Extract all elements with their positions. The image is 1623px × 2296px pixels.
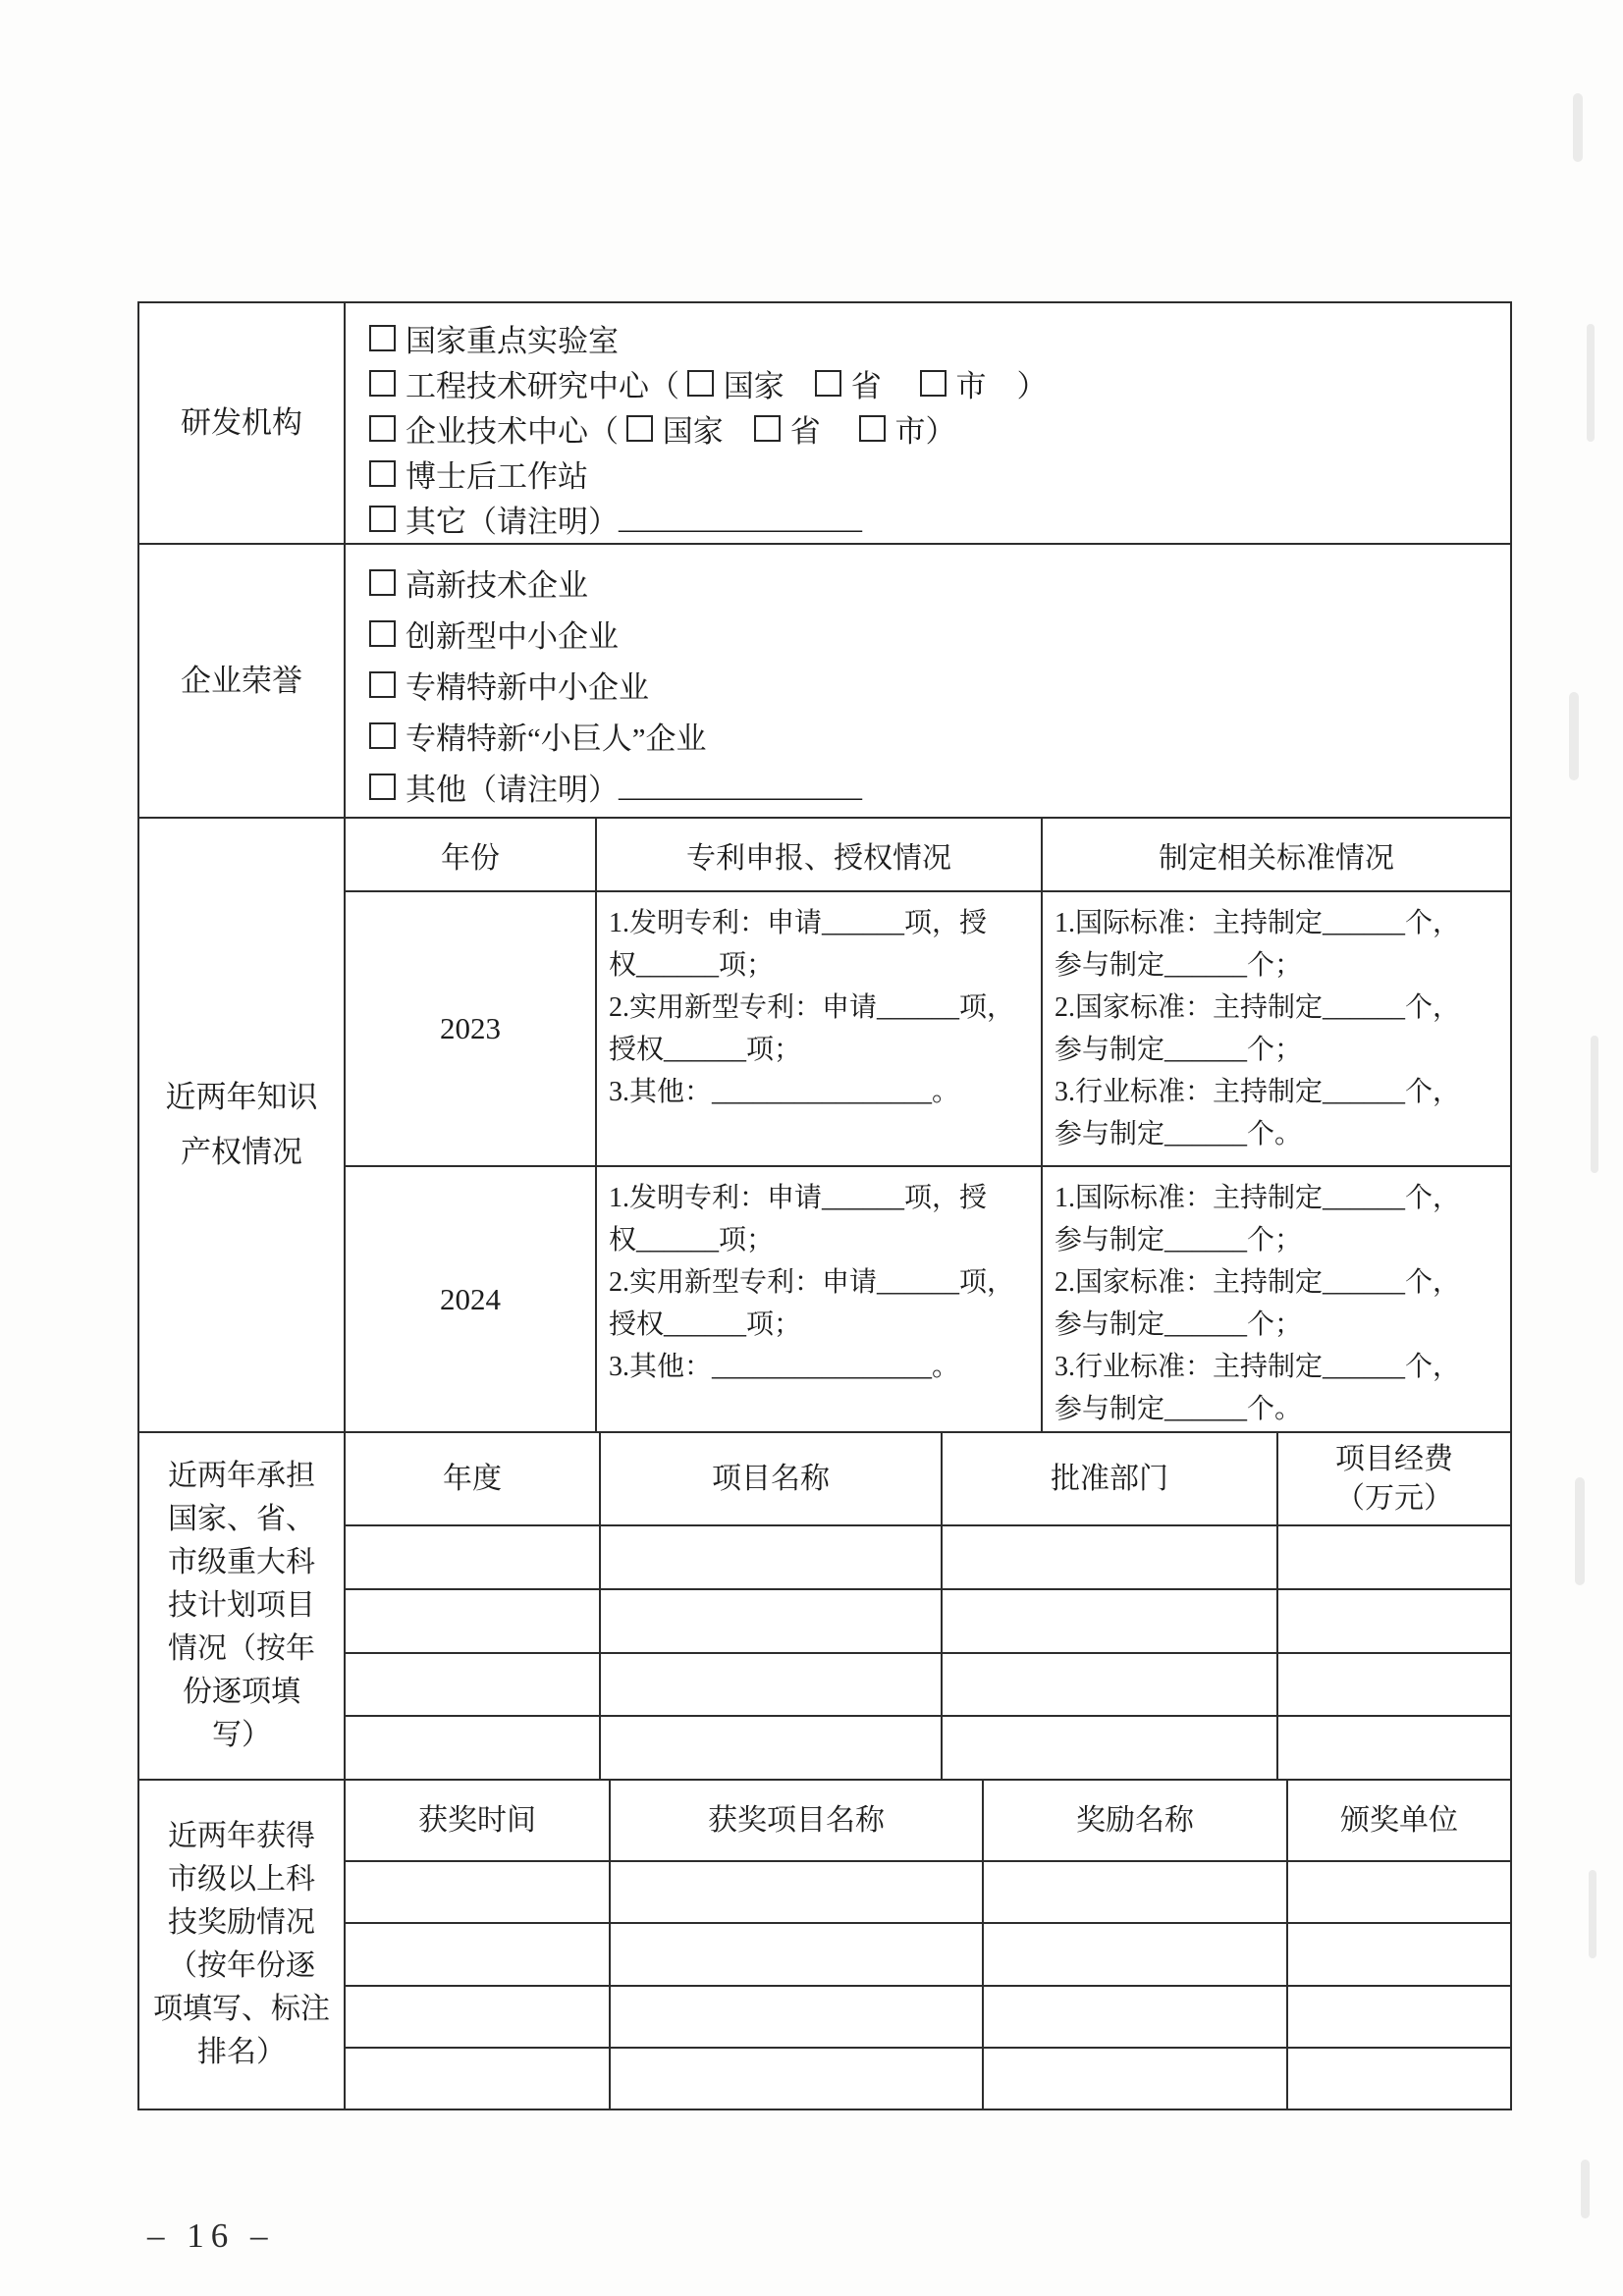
empty-table-cell <box>1278 1717 1510 1779</box>
empty-table-row <box>346 1985 1510 2047</box>
empty-table-cell <box>346 1924 611 1984</box>
awards-table: 获奖时间 获奖项目名称 奖励名称 颁奖单位 <box>346 1781 1510 2109</box>
section-ip-status: 近两年知识 产权情况 年份 专利申报、授权情况 制定相关标准情况 2023 1.… <box>139 817 1510 1431</box>
checkbox-icon <box>369 415 396 442</box>
checkbox-icon <box>369 722 396 749</box>
checkbox-icon <box>369 506 396 532</box>
option-text: 企业技术中心（ <box>406 406 626 451</box>
awards-empty-rows <box>346 1862 1510 2109</box>
checkbox-option: 专精特新“小巨人”企业 <box>369 710 1510 761</box>
projects-header-row: 年度 项目名称 批准部门 项目经费 （万元） <box>346 1433 1510 1526</box>
scan-artifact <box>1589 1870 1596 1958</box>
empty-table-cell <box>943 1717 1278 1779</box>
patent-cell: 1.发明专利：申请______项，授 权______项； 2.实用新型专利：申请… <box>597 1167 1043 1431</box>
scan-artifact <box>1575 1477 1585 1585</box>
checkbox-icon <box>687 370 714 397</box>
standard-blanks-text: 1.国际标准：主持制定______个， 参与制定______个； 2.国家标准：… <box>1043 1167 1510 1430</box>
empty-table-cell <box>943 1654 1278 1716</box>
empty-table-cell <box>611 1987 984 2047</box>
empty-table-cell <box>984 1862 1288 1922</box>
column-header-year: 年份 <box>346 819 597 890</box>
column-header-award-time: 获奖时间 <box>346 1781 611 1860</box>
section-major-projects: 近两年承担 国家、省、 市级重大科 技计划项目 情况（按年 份逐项填 写） 年度… <box>139 1431 1510 1779</box>
column-header-approving-department: 批准部门 <box>943 1433 1278 1524</box>
patent-cell: 1.发明专利：申请______项，授 权______项； 2.实用新型专利：申请… <box>597 892 1043 1165</box>
year-cell: 2024 <box>346 1167 597 1431</box>
empty-table-cell <box>1278 1590 1510 1652</box>
empty-table-cell <box>943 1590 1278 1652</box>
option-text: 市 ） <box>956 361 1048 405</box>
option-text: 专精特新“小巨人”企业 <box>406 714 707 758</box>
row-label-rd-institutions: 研发机构 <box>139 303 346 543</box>
projects-table: 年度 项目名称 批准部门 项目经费 （万元） <box>346 1433 1510 1779</box>
empty-table-cell <box>984 1987 1288 2047</box>
scan-artifact <box>1591 1036 1598 1173</box>
checkbox-option: 创新型中小企业 <box>369 608 1510 659</box>
empty-table-cell <box>1278 1526 1510 1588</box>
page-number: – 16 – <box>147 2216 275 2256</box>
empty-table-row <box>346 1526 1510 1588</box>
empty-table-row <box>346 1862 1510 1922</box>
section-awards: 近两年获得 市级以上科 技奖励情况 （按年份逐 项填写、标注 排名） 获奖时间 … <box>139 1779 1510 2109</box>
option-text: ________________ <box>619 769 862 804</box>
checkbox-option: 博士后工作站 <box>369 451 1510 496</box>
option-text: 市） <box>895 406 956 451</box>
checkbox-option: 工程技术研究中心（ 国家 省 市 ） <box>369 360 1510 405</box>
option-text: 其它（请注明） <box>406 497 619 541</box>
option-text: 省 <box>790 406 859 451</box>
standard-blanks-text: 1.国际标准：主持制定______个， 参与制定______个； 2.国家标准：… <box>1043 892 1510 1155</box>
empty-table-cell <box>1278 1654 1510 1716</box>
empty-table-cell <box>601 1590 943 1652</box>
patent-blanks-text: 1.发明专利：申请______项，授 权______项； 2.实用新型专利：申请… <box>597 1167 1041 1388</box>
column-header-project-funds: 项目经费 （万元） <box>1278 1433 1510 1524</box>
empty-table-cell <box>943 1526 1278 1588</box>
ip-row-2023: 2023 1.发明专利：申请______项，授 权______项； 2.实用新型… <box>346 890 1510 1165</box>
row-label-awards: 近两年获得 市级以上科 技奖励情况 （按年份逐 项填写、标注 排名） <box>139 1781 346 2109</box>
empty-table-cell <box>984 2049 1288 2109</box>
empty-table-cell <box>611 1862 984 1922</box>
checkbox-icon <box>626 415 653 442</box>
empty-table-row <box>346 1715 1510 1779</box>
checkbox-icon <box>369 370 396 397</box>
checkbox-option: 其他（请注明）________________ <box>369 761 1510 812</box>
checkbox-icon <box>369 774 396 800</box>
option-text: ________________ <box>619 501 862 536</box>
checkbox-icon <box>369 671 396 698</box>
empty-table-row <box>346 1588 1510 1652</box>
empty-table-cell <box>346 2049 611 2109</box>
empty-table-cell <box>611 1924 984 1984</box>
empty-table-cell <box>346 1987 611 2047</box>
empty-table-cell <box>601 1717 943 1779</box>
option-text: 国家重点实验室 <box>406 316 619 360</box>
column-header-award-name: 奖励名称 <box>984 1781 1288 1860</box>
ip-row-2024: 2024 1.发明专利：申请______项，授 权______项； 2.实用新型… <box>346 1165 1510 1431</box>
empty-table-cell <box>346 1862 611 1922</box>
empty-table-cell <box>1288 1924 1510 1984</box>
checkbox-icon <box>754 415 781 442</box>
enterprise-honors-options: 高新技术企业创新型中小企业专精特新中小企业专精特新“小巨人”企业其他（请注明）_… <box>346 545 1510 817</box>
checkbox-option: 企业技术中心（ 国家 省 市） <box>369 405 1510 451</box>
checkbox-icon <box>859 415 886 442</box>
empty-table-cell <box>346 1654 601 1716</box>
option-text: 工程技术研究中心（ <box>406 361 687 405</box>
section-rd-institutions: 研发机构 国家重点实验室工程技术研究中心（ 国家 省 市 ）企业技术中心（ 国家… <box>139 303 1510 543</box>
column-header-project-name: 项目名称 <box>601 1433 943 1524</box>
standard-cell: 1.国际标准：主持制定______个， 参与制定______个； 2.国家标准：… <box>1043 892 1510 1165</box>
empty-table-cell <box>1288 1987 1510 2047</box>
scan-artifact <box>1569 692 1579 780</box>
option-text: 创新型中小企业 <box>406 612 619 656</box>
scan-artifact <box>1587 324 1595 442</box>
checkbox-icon <box>920 370 947 397</box>
checkbox-icon <box>815 370 841 397</box>
ip-table: 年份 专利申报、授权情况 制定相关标准情况 2023 1.发明专利：申请____… <box>346 819 1510 1431</box>
column-header-patent: 专利申报、授权情况 <box>597 819 1043 890</box>
column-header-project-year: 年度 <box>346 1433 601 1524</box>
empty-table-cell <box>611 2049 984 2109</box>
checkbox-icon <box>369 569 396 596</box>
application-form-table: 研发机构 国家重点实验室工程技术研究中心（ 国家 省 市 ）企业技术中心（ 国家… <box>137 301 1512 2110</box>
option-text: 国家 <box>663 406 754 451</box>
empty-table-row <box>346 1922 1510 1984</box>
option-text: 专精特新中小企业 <box>406 663 649 707</box>
row-label-major-projects: 近两年承担 国家、省、 市级重大科 技计划项目 情况（按年 份逐项填 写） <box>139 1433 346 1779</box>
option-text: 国家 <box>724 361 815 405</box>
checkbox-option: 国家重点实验室 <box>369 315 1510 360</box>
empty-table-row <box>346 2047 1510 2109</box>
empty-table-cell <box>346 1717 601 1779</box>
row-label-ip-status: 近两年知识 产权情况 <box>139 819 346 1431</box>
year-cell: 2023 <box>346 892 597 1165</box>
row-label-enterprise-honors: 企业荣誉 <box>139 545 346 817</box>
checkbox-icon <box>369 460 396 487</box>
rd-institutions-options: 国家重点实验室工程技术研究中心（ 国家 省 市 ）企业技术中心（ 国家 省 市）… <box>346 303 1510 543</box>
checkbox-option: 高新技术企业 <box>369 557 1510 608</box>
checkbox-option: 其它（请注明）________________ <box>369 496 1510 541</box>
checkbox-option: 专精特新中小企业 <box>369 659 1510 710</box>
column-header-award-project-name: 获奖项目名称 <box>611 1781 984 1860</box>
standard-cell: 1.国际标准：主持制定______个， 参与制定______个； 2.国家标准：… <box>1043 1167 1510 1431</box>
checkbox-icon <box>369 620 396 647</box>
scanned-form-page: 研发机构 国家重点实验室工程技术研究中心（ 国家 省 市 ）企业技术中心（ 国家… <box>0 0 1623 2296</box>
empty-table-cell <box>601 1654 943 1716</box>
empty-table-cell <box>1288 2049 1510 2109</box>
option-text: 博士后工作站 <box>406 452 588 496</box>
column-header-awarding-unit: 颁奖单位 <box>1288 1781 1510 1860</box>
empty-table-cell <box>601 1526 943 1588</box>
checkbox-icon <box>369 325 396 351</box>
empty-table-cell <box>346 1590 601 1652</box>
section-enterprise-honors: 企业荣誉 高新技术企业创新型中小企业专精特新中小企业专精特新“小巨人”企业其他（… <box>139 543 1510 817</box>
scan-artifact <box>1581 2160 1590 2218</box>
option-text: 省 <box>851 361 920 405</box>
patent-blanks-text: 1.发明专利：申请______项，授 权______项； 2.实用新型专利：申请… <box>597 892 1041 1113</box>
projects-empty-rows <box>346 1526 1510 1779</box>
ip-header-row: 年份 专利申报、授权情况 制定相关标准情况 <box>346 819 1510 890</box>
awards-header-row: 获奖时间 获奖项目名称 奖励名称 颁奖单位 <box>346 1781 1510 1862</box>
scan-artifact <box>1573 93 1583 162</box>
empty-table-cell <box>1288 1862 1510 1922</box>
column-header-standard: 制定相关标准情况 <box>1043 819 1510 890</box>
empty-table-cell <box>984 1924 1288 1984</box>
empty-table-cell <box>346 1526 601 1588</box>
empty-table-row <box>346 1652 1510 1716</box>
option-text: 其他（请注明） <box>406 765 619 809</box>
option-text: 高新技术企业 <box>406 561 588 605</box>
